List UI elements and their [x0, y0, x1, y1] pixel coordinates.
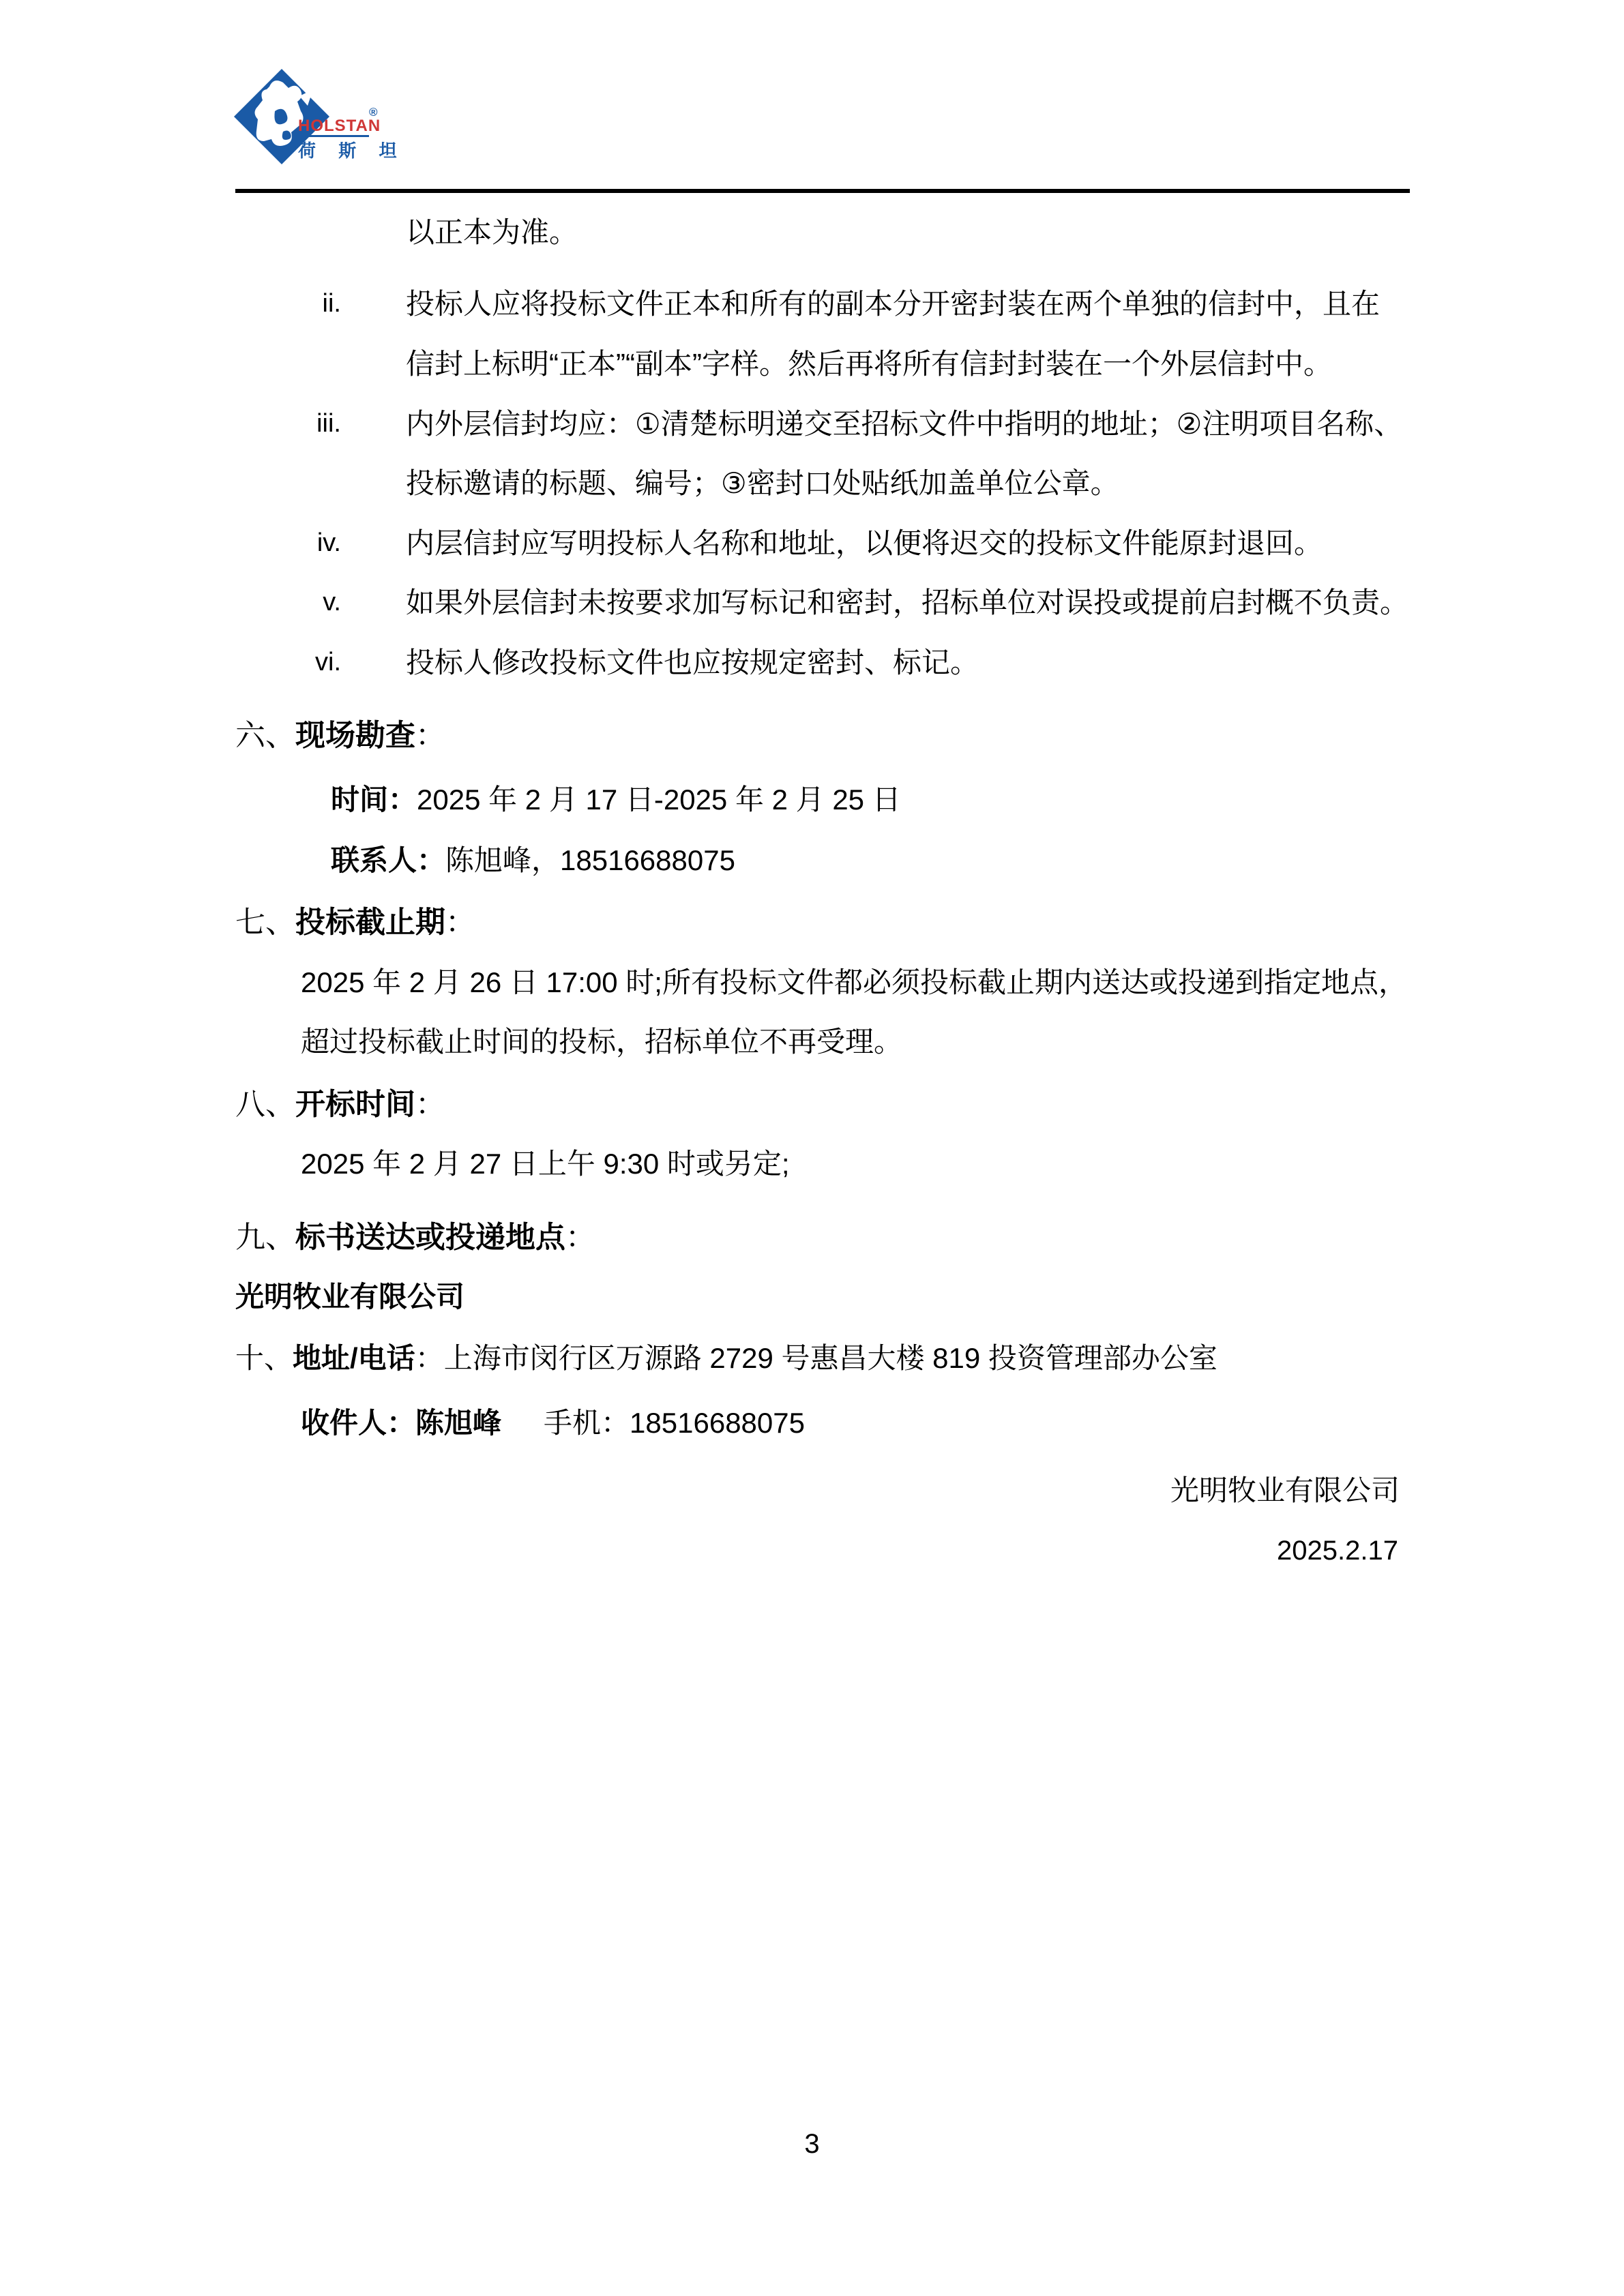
list-item-ii-line2: 信封上标明“正本”“副本”字样。然后再将所有信封封装在一个外层信封中。 — [406, 347, 1332, 381]
section-8-marker: 八、 — [235, 1088, 295, 1121]
page-number: 3 — [0, 2129, 1624, 2160]
contact-value: 陈旭峰，18516688075 — [445, 844, 735, 876]
section-10-title: 地址/电话 — [293, 1342, 415, 1374]
section-9-colon: ： — [565, 1221, 595, 1254]
bid-opening-line: 2025 年 2 月 27 日上午 9:30 时或另定; — [301, 1147, 790, 1181]
section-7-marker: 七、 — [235, 906, 295, 939]
signature-date: 2025.2.17 — [1277, 1534, 1398, 1567]
site-visit-contact-row: 联系人：陈旭峰，18516688075 — [331, 844, 735, 878]
section-9-marker: 九、 — [235, 1221, 295, 1254]
brand-text: HOLSTAN — [298, 117, 381, 136]
document-page: HOLSTAN ® 荷 斯 坦 以正本为准。 ii. 投标人应将投标文件正本和所… — [0, 0, 1624, 2296]
list-item-iii-line1: 内外层信封均应：①清楚标明递交至招标文件中指明的地址；②注明项目名称、 — [406, 407, 1402, 441]
signature-company: 光明牧业有限公司 — [1170, 1474, 1400, 1508]
deadline-line1: 2025 年 2 月 26 日 17:00 时;所有投标文件都必须投标截止期内送… — [301, 966, 1407, 1000]
section-9-heading: 九、标书送达或投递地点： — [235, 1220, 595, 1256]
list-marker-iv: iv. — [269, 528, 341, 559]
section-6-title: 现场勘查 — [295, 719, 415, 752]
recipient-row: 收件人：陈旭峰手机：18516688075 — [301, 1406, 805, 1440]
section-9-title: 标书送达或投递地点 — [295, 1221, 565, 1254]
phone-label: 手机： — [544, 1407, 630, 1439]
section-8-title: 开标时间 — [295, 1088, 415, 1121]
list-marker-iii: iii. — [269, 408, 341, 440]
section-10-heading: 十、地址/电话：上海市闵行区万源路 2729 号惠昌大楼 819 投资管理部办公… — [235, 1341, 1217, 1375]
delivery-company-name: 光明牧业有限公司 — [235, 1280, 464, 1314]
section-6-heading: 六、现场勘查： — [235, 718, 445, 754]
intro-line: 以正本为准。 — [406, 215, 578, 250]
section-8-colon: ： — [415, 1088, 445, 1121]
contact-label: 联系人： — [331, 844, 445, 876]
section-7-title: 投标截止期 — [295, 906, 445, 939]
section-10-colon: ： — [415, 1342, 444, 1374]
recipient-label: 收件人： — [301, 1407, 415, 1439]
list-marker-ii: ii. — [269, 288, 341, 320]
list-item-v-line1: 如果外层信封未按要求加写标记和密封，招标单位对误投或提前启封概不负责。 — [406, 586, 1408, 620]
phone-value: 18516688075 — [630, 1407, 805, 1439]
time-label: 时间： — [331, 784, 417, 816]
registered-mark: ® — [369, 106, 378, 119]
section-6-colon: ： — [415, 719, 445, 752]
holstan-logo: HOLSTAN ® 荷 斯 坦 — [234, 65, 411, 177]
list-marker-v: v. — [269, 587, 341, 618]
list-item-iii-line2: 投标邀请的标题、编号；③密封口处贴纸加盖单位公章。 — [406, 466, 1119, 501]
list-marker-vi: vi. — [269, 647, 341, 679]
section-6-marker: 六、 — [235, 719, 295, 752]
list-item-iv-line1: 内层信封应写明投标人名称和地址，以便将迟交的投标文件能原封退回。 — [406, 526, 1323, 561]
section-10-marker: 十、 — [235, 1342, 293, 1374]
brand-chinese-text: 荷 斯 坦 — [298, 137, 405, 162]
header-divider — [235, 189, 1410, 193]
section-7-heading: 七、投标截止期： — [235, 905, 475, 941]
recipient-name: 陈旭峰 — [415, 1407, 501, 1439]
section-7-colon: ： — [445, 906, 475, 939]
deadline-line2: 超过投标截止时间的投标，招标单位不再受理。 — [301, 1025, 902, 1059]
section-8-heading: 八、开标时间： — [235, 1087, 445, 1123]
list-item-vi-line1: 投标人修改投标文件也应按规定密封、标记。 — [406, 646, 979, 680]
time-value: 2025 年 2 月 17 日-2025 年 2 月 25 日 — [417, 784, 901, 816]
address-value: 上海市闵行区万源路 2729 号惠昌大楼 819 投资管理部办公室 — [444, 1342, 1217, 1374]
site-visit-time-row: 时间：2025 年 2 月 17 日-2025 年 2 月 25 日 — [331, 783, 901, 817]
list-item-ii-line1: 投标人应将投标文件正本和所有的副本分开密封装在两个单独的信封中，且在 — [406, 287, 1380, 321]
